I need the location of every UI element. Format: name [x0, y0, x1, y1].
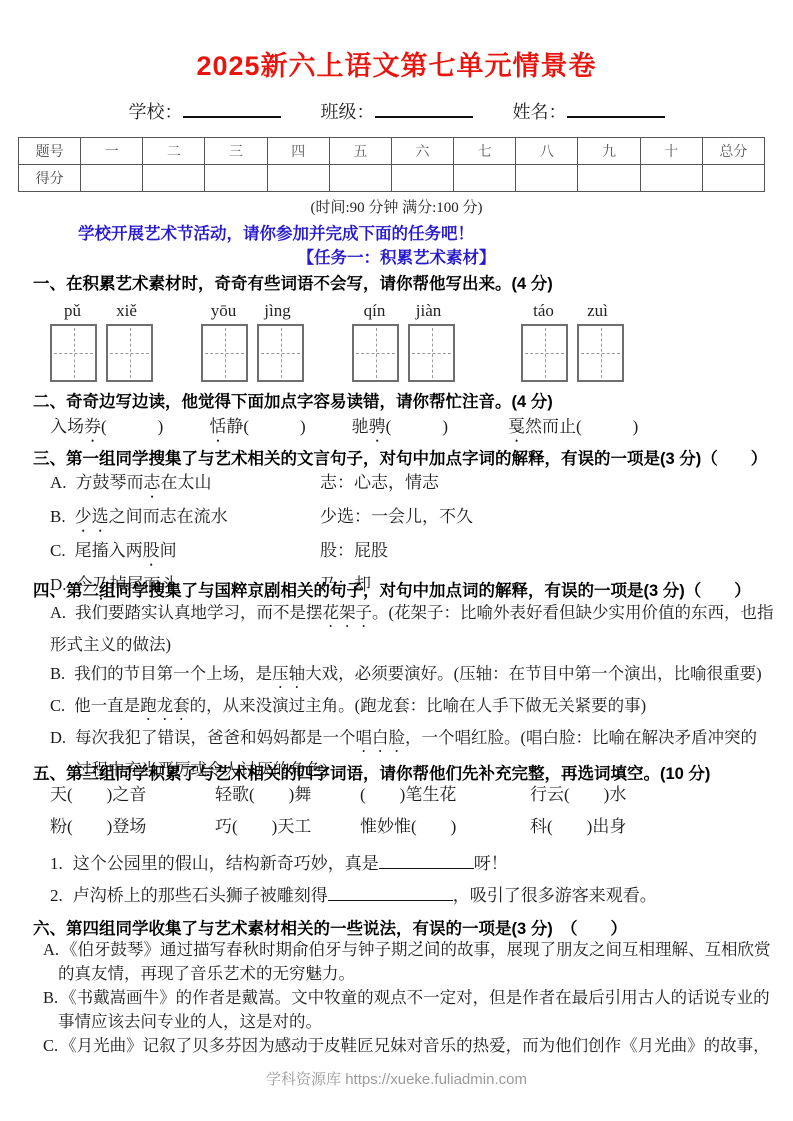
score-table-cell: 题号 — [19, 138, 81, 165]
score-table-header-row: 题号 一 二 三 四 五 六 七 八 九 十 总分 — [19, 138, 765, 165]
student-info-row: 学校： 班级： 姓名： — [0, 98, 793, 124]
question-5-title: 五、第三组同学积累了与艺术相关的四字词语，请你帮他们先补充完整，再选词填空。(1… — [33, 760, 710, 784]
option-line: B.《书戴嵩画牛》的作者是戴嵩。文中牧童的观点不一定对，但是作者在最后引用古人的… — [43, 986, 771, 1010]
exam-paper-page: 2025新六上语文第七单元情景卷 学校： 班级： 姓名： 题号 一 二 三 四 … — [0, 0, 793, 1121]
option-text: 《伯牙鼓琴》通过描写春秋时期俞伯牙与钟子期之间的故事，展现了朋友之间互相理解、互… — [61, 940, 771, 959]
score-empty-cell — [391, 165, 453, 192]
name-write-line — [567, 100, 665, 118]
idiom-item: 轻歌( )舞 — [215, 784, 360, 806]
name-field: 姓名： — [513, 98, 665, 124]
option-wrap-line: 形式主义的做法) — [50, 631, 774, 660]
score-table-cell: 十 — [640, 138, 702, 165]
writing-grid-box — [257, 324, 304, 382]
pinyin-group: táozuì — [521, 301, 624, 382]
writing-grid-box — [408, 324, 455, 382]
option-line: A.《伯牙鼓琴》通过描写春秋时期俞伯牙与钟子期之间的故事，展现了朋友之间互相理解… — [43, 938, 771, 962]
fill-sentence: 2.卢沟桥上的那些石头狮子被雕刻得，吸引了很多游客来观看。 — [50, 880, 657, 912]
score-table-cell: 六 — [391, 138, 453, 165]
pinyin-writing-block: pǔxiě yōujìng qínjiàn táozuì — [50, 301, 624, 382]
pinyin-label: pǔ — [50, 301, 95, 324]
option-letter: C. — [50, 541, 66, 560]
option-text: 事情应该去问专业的人，这是对的。 — [58, 1012, 322, 1031]
pinyin-label: yōu — [201, 301, 246, 324]
writing-grid-box — [521, 324, 568, 382]
option-line: C.他一直是跑龙套的，从来没演过主角。(跑龙套：比喻在人手下做无关紧要的事) — [50, 692, 774, 724]
idiom-item: 天( )之音 — [50, 784, 215, 806]
option-letter: C. — [43, 1036, 58, 1055]
class-label: 班级： — [321, 102, 375, 122]
pinyin-row: yōujìng — [201, 301, 304, 324]
pinyin-row: pǔxiě — [50, 301, 153, 324]
answer-blank — [379, 853, 474, 869]
class-write-line — [375, 100, 473, 118]
writing-grid-box — [352, 324, 399, 382]
pinyin-label: jìng — [255, 301, 300, 324]
score-empty-cell — [640, 165, 702, 192]
fill-in-sentences: 1.这个公园里的假山，结构新奇巧妙，真是呀！ 2.卢沟桥上的那些石头狮子被雕刻得… — [50, 848, 657, 912]
option-sentence: C.尾搐入两股间 — [50, 536, 320, 570]
option-text: 我们的节目第一个上场，是压轴大戏，必须要演好。(压轴：在节目中第一个演出，比喻很… — [74, 664, 762, 683]
option-text: 每次我犯了错误，爸爸和妈妈都是一个唱白脸，一个唱红脸。(唱白脸：比喻在解决矛盾冲… — [75, 728, 757, 747]
option-text: 形式主义的做法) — [50, 635, 171, 654]
writing-grid-box — [50, 324, 97, 382]
score-empty-cell — [329, 165, 391, 192]
question-3-title: 三、第一组同学搜集了与艺术相关的文言句子，对句中加点字词的解释，有误的一项是(3… — [33, 445, 767, 469]
idiom-item: 科( )出身 — [530, 816, 626, 838]
item-number: 1. — [50, 854, 63, 873]
grid-box-row — [352, 324, 455, 382]
option-text: 方鼓琴而志在太山 — [76, 473, 212, 492]
option-row: C.尾搐入两股间 股：屁股 — [50, 536, 473, 570]
score-table-cell: 总分 — [702, 138, 764, 165]
sentence-text: 呀！ — [474, 854, 508, 873]
score-table-cell: 九 — [578, 138, 640, 165]
option-text: 尾搐入两股间 — [75, 541, 177, 560]
pinyin-label: xiě — [104, 301, 149, 324]
idiom-fill-grid: 天( )之音 轻歌( )舞 ( )笔生花 行云( )水 粉( )登场 巧( )天… — [50, 784, 626, 838]
option-wrap-line: 的真友情，再现了音乐艺术的无穷魅力。 — [58, 962, 771, 986]
option-text: 《书戴嵩画牛》的作者是戴嵩。文中牧童的观点不一定对，但是作者在最后引用古人的话说… — [60, 988, 770, 1007]
class-field: 班级： — [321, 98, 473, 124]
score-table-cell: 五 — [329, 138, 391, 165]
grid-box-row — [50, 324, 153, 382]
option-line: C.《月光曲》记叙了贝多芬因为感动于皮鞋匠兄妹对音乐的热爱，而为他们创作《月光曲… — [43, 1034, 771, 1058]
source-watermark: 学科资源库 https://xueke.fuliadmin.com — [0, 1068, 793, 1089]
score-table-cell: 八 — [516, 138, 578, 165]
option-row: B.少选之间而志在流水 少选：一会儿，不久 — [50, 502, 473, 536]
name-label: 姓名： — [513, 102, 567, 122]
option-letter: A. — [50, 473, 67, 492]
school-field: 学校： — [129, 98, 281, 124]
pinyin-group: qínjiàn — [352, 301, 455, 382]
option-text: 《月光曲》记叙了贝多芬因为感动于皮鞋匠兄妹对音乐的热爱，而为他们创作《月光曲》的… — [60, 1036, 770, 1055]
question-1-title: 一、在积累艺术素材时，奇奇有些词语不会写，请你帮他写出来。(4 分) — [33, 270, 553, 294]
task-one-heading: 【任务一：积累艺术素材】 — [0, 244, 793, 268]
pinyin-row: qínjiàn — [352, 301, 455, 324]
option-line: B.我们的节目第一个上场，是压轴大戏，必须要演好。(压轴：在节目中第一个演出，比… — [50, 660, 774, 692]
score-table: 题号 一 二 三 四 五 六 七 八 九 十 总分 得分 — [18, 137, 765, 192]
score-empty-cell — [143, 165, 205, 192]
score-empty-cell — [81, 165, 143, 192]
option-letter: B. — [50, 664, 65, 683]
score-table-cell: 四 — [267, 138, 329, 165]
writing-grid-box — [201, 324, 248, 382]
school-label: 学校： — [129, 102, 183, 122]
option-explanation: 志：心志，情志 — [320, 468, 473, 502]
option-letter: C. — [50, 696, 65, 715]
pinyin-group: pǔxiě — [50, 301, 153, 382]
annotation-item: 恬静( ) — [209, 412, 305, 446]
score-table-score-row: 得分 — [19, 165, 765, 192]
item-number: 2. — [50, 886, 63, 905]
score-empty-cell — [205, 165, 267, 192]
option-wrap-line: 事情应该去问专业的人，这是对的。 — [58, 1010, 771, 1034]
annotation-item: 戛然而止( ) — [508, 412, 638, 446]
page-title: 2025新六上语文第七单元情景卷 — [0, 44, 793, 83]
option-line: A.我们要踏实认真地学习，而不是摆花架子。(花架子：比喻外表好看但缺少实用价值的… — [50, 599, 774, 631]
option-letter: A. — [50, 603, 66, 622]
score-empty-cell — [702, 165, 764, 192]
writing-grid-box — [106, 324, 153, 382]
time-score-line: (时间:90 分钟 满分:100 分) — [0, 196, 793, 217]
intro-line: 学校开展艺术节活动，请你参加并完成下面的任务吧！ — [78, 220, 474, 244]
annotation-item: 入场券( ) — [50, 412, 163, 446]
idiom-item: 粉( )登场 — [50, 816, 215, 838]
score-empty-cell — [454, 165, 516, 192]
fill-sentence: 1.这个公园里的假山，结构新奇巧妙，真是呀！ — [50, 848, 657, 880]
pinyin-group: yōujìng — [201, 301, 304, 382]
score-table-cell: 七 — [454, 138, 516, 165]
score-empty-cell — [267, 165, 329, 192]
score-label-cell: 得分 — [19, 165, 81, 192]
option-text: 少选之间而志在流水 — [75, 507, 228, 526]
question-2-title: 二、奇奇边写边读，他觉得下面加点字容易读错，请你帮忙注音。(4 分) — [33, 388, 553, 412]
option-text: 我们要踏实认真地学习，而不是摆花架子。(花架子：比喻外表好看但缺少实用价值的东西… — [75, 603, 774, 622]
score-table-cell: 三 — [205, 138, 267, 165]
score-table-cell: 二 — [143, 138, 205, 165]
idiom-item: 行云( )水 — [530, 784, 626, 806]
option-text: 他一直是跑龙套的，从来没演过主角。(跑龙套：比喻在人手下做无关紧要的事) — [74, 696, 646, 715]
grid-box-row — [201, 324, 304, 382]
idiom-item: 巧( )天工 — [215, 816, 360, 838]
sentence-text: 卢沟桥上的那些石头狮子被雕刻得 — [73, 886, 328, 905]
option-sentence: B.少选之间而志在流水 — [50, 502, 320, 536]
option-letter: D. — [50, 728, 66, 747]
pinyin-label: táo — [521, 301, 566, 324]
answer-blank — [328, 885, 453, 901]
option-explanation: 少选：一会儿，不久 — [320, 502, 473, 536]
score-empty-cell — [578, 165, 640, 192]
question-4-title: 四、第二组同学搜集了与国粹京剧相关的句子，对句中加点词的解释，有误的一项是(3 … — [33, 577, 751, 601]
annotation-item: 驰骋( ) — [352, 412, 448, 446]
pinyin-label: qín — [352, 301, 397, 324]
pinyin-row: táozuì — [521, 301, 624, 324]
option-explanation: 股：屁股 — [320, 536, 473, 570]
option-line: D.每次我犯了错误，爸爸和妈妈都是一个唱白脸，一个唱红脸。(唱白脸：比喻在解决矛… — [50, 724, 774, 756]
option-letter: A. — [43, 940, 59, 959]
idiom-item: ( )笔生花 — [360, 784, 530, 806]
writing-grid-box — [577, 324, 624, 382]
sentence-text: 这个公园里的假山，结构新奇巧妙，真是 — [73, 854, 379, 873]
score-empty-cell — [516, 165, 578, 192]
pinyin-label: zuì — [575, 301, 620, 324]
option-letter: B. — [50, 507, 66, 526]
annotation-items-row: 入场券( ) 恬静( ) 驰骋( ) 戛然而止( ) — [50, 412, 638, 446]
option-letter: B. — [43, 988, 58, 1007]
question-6-options: A.《伯牙鼓琴》通过描写春秋时期俞伯牙与钟子期之间的故事，展现了朋友之间互相理解… — [33, 938, 771, 1058]
question-4-options: A.我们要踏实认真地学习，而不是摆花架子。(花架子：比喻外表好看但缺少实用价值的… — [33, 599, 774, 784]
idiom-item: 惟妙惟( ) — [360, 816, 530, 838]
pinyin-label: jiàn — [406, 301, 451, 324]
score-table-cell: 一 — [81, 138, 143, 165]
option-sentence: A.方鼓琴而志在太山 — [50, 468, 320, 502]
grid-box-row — [521, 324, 624, 382]
sentence-text: ，吸引了很多游客来观看。 — [453, 886, 657, 905]
option-text: 的真友情，再现了音乐艺术的无穷魅力。 — [58, 964, 355, 983]
school-write-line — [183, 100, 281, 118]
option-row: A.方鼓琴而志在太山 志：心志，情志 — [50, 468, 473, 502]
